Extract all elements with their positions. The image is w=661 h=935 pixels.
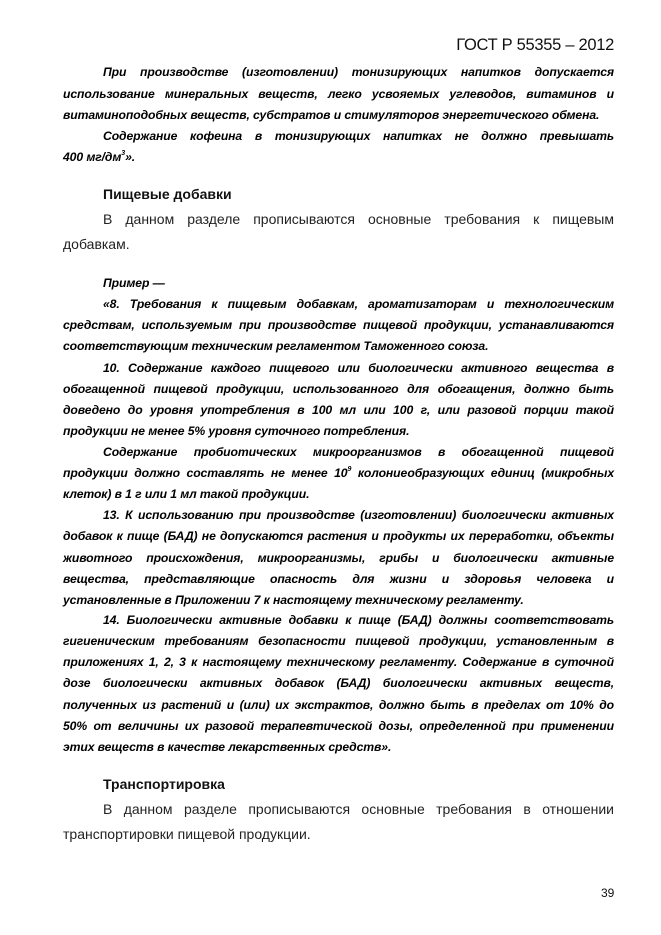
standard-id-header: ГОСТ Р 55355 – 2012 (456, 36, 614, 55)
section-heading-transport: Транспортировка (103, 776, 225, 792)
document-page: ГОСТ Р 55355 – 2012 При производстве (из… (0, 0, 661, 935)
intro-p1-line-3: витаминоподобных веществ, субстратов и с… (63, 107, 614, 123)
probiotics-text-cont: колониеобразующих единиц (микробных (351, 466, 614, 480)
item8-line-1: «8. Требования к пищевым добавкам, арома… (103, 296, 614, 312)
probiotics-line-2: продукции должно составлять не менее 109… (63, 465, 614, 481)
additives-body-line-1: В данном разделе прописываются основные … (103, 211, 614, 227)
probiotics-line-3: клеток) в 1 г или 1 мл такой продукции. (63, 486, 614, 502)
intro-p1-line-2: использование минеральных веществ, легко… (63, 86, 614, 102)
transport-body-line-1: В данном разделе прописываются основные … (103, 801, 614, 817)
transport-body-line-2: транспортировки пищевой продукции. (63, 826, 614, 842)
item14-line-3: приложениях 1, 2, 3 к настоящему техниче… (63, 654, 614, 670)
intro-p2-line-1: Содержание кофеина в тонизирующих напитк… (103, 128, 614, 144)
item13-line-3: животного происхождения, микроорганизмы,… (63, 550, 614, 566)
item10-line-3: доведено до уровня употребления в 100 мл… (63, 402, 614, 418)
closing-quote: ». (125, 150, 135, 164)
example-label: Пример — (103, 275, 614, 291)
probiotics-text: продукции должно составлять не менее 10 (63, 466, 347, 480)
item14-line-6: 50% от величины их разовой терапевтическ… (63, 718, 614, 734)
item10-line-2: обогащенной пищевой продукции, использов… (63, 381, 614, 397)
page-number: 39 (601, 886, 614, 900)
probiotics-line-1: Содержание пробиотических микроорганизмо… (103, 444, 614, 460)
item14-line-1: 14. Биологически активные добавки к пище… (103, 612, 614, 628)
item10-line-4: продукции не менее 5% уровня суточного п… (63, 423, 614, 439)
additives-body-line-2: добавкам. (63, 236, 614, 252)
item10-line-1: 10. Содержание каждого пищевого или биол… (103, 360, 614, 376)
item13-line-1: 13. К использованию при производстве (из… (103, 507, 614, 523)
item14-line-4: дозе биологически активных добавок (БАД)… (63, 675, 614, 691)
item8-line-2: средствам, используемым при производстве… (63, 317, 614, 333)
item13-line-5: установленные в Приложении 7 к настоящем… (63, 592, 614, 608)
section-heading-additives: Пищевые добавки (103, 186, 232, 202)
item8-line-3: соответствующим техническим регламентом … (63, 338, 614, 354)
item14-line-2: гигиеническим требованиям безопасности п… (63, 633, 614, 649)
item14-line-7: этих веществ в качестве лекарственных ср… (63, 739, 614, 755)
item13-line-2: добавок к пище (БАД) не допускаются раст… (63, 528, 614, 544)
caffeine-limit: 400 мг/дм (63, 150, 121, 164)
item13-line-4: вещества, представляющие опасность для ж… (63, 571, 614, 587)
item14-line-5: полученных из растений и (или) их экстра… (63, 697, 614, 713)
intro-p1-line-1: При производстве (изготовлении) тонизиру… (103, 64, 614, 80)
intro-p2-line-2: 400 мг/дм3». (63, 149, 614, 165)
